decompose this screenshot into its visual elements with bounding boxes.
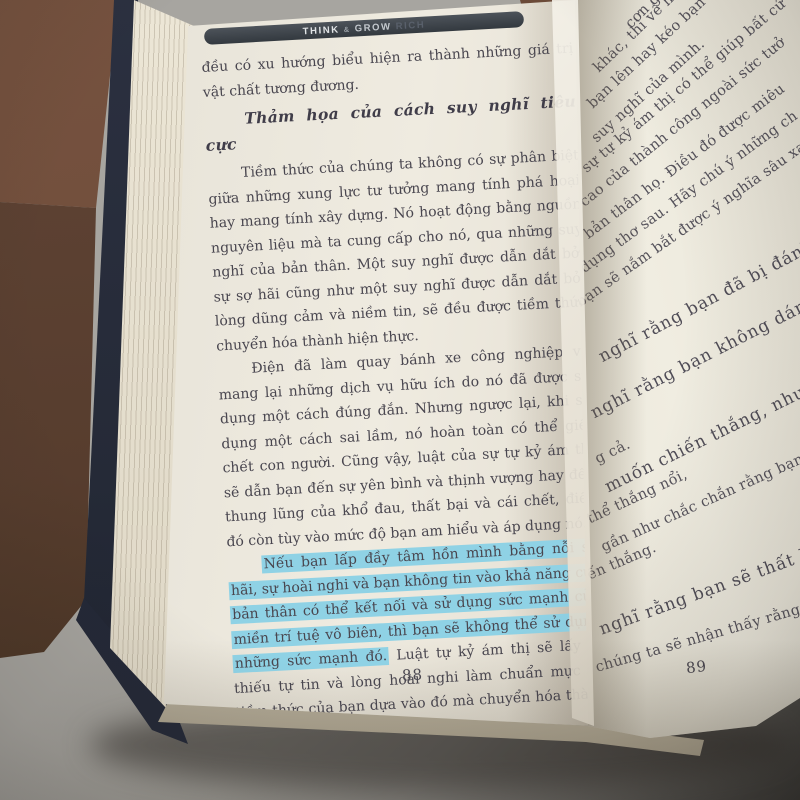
left-page-text-block: đều có xu hướng biểu hiện ra thành những… [201,37,609,751]
header-title-think: THINK [302,24,340,37]
paragraph-2: Điện đã làm quay bánh xe công nghiệp và … [217,339,599,554]
page-number-left: 88 [402,665,424,684]
photo-open-book: THINK & GROW RICH đều có xu hướng biểu h… [0,0,800,800]
header-ampersand: & [343,24,351,33]
paragraph-1: Tiềm thức của chúng ta không có sự phân … [207,143,589,358]
header-title-grow: GROW [354,21,392,34]
header-title-rich: RICH [395,19,425,32]
page-number-right: 89 [685,657,708,677]
